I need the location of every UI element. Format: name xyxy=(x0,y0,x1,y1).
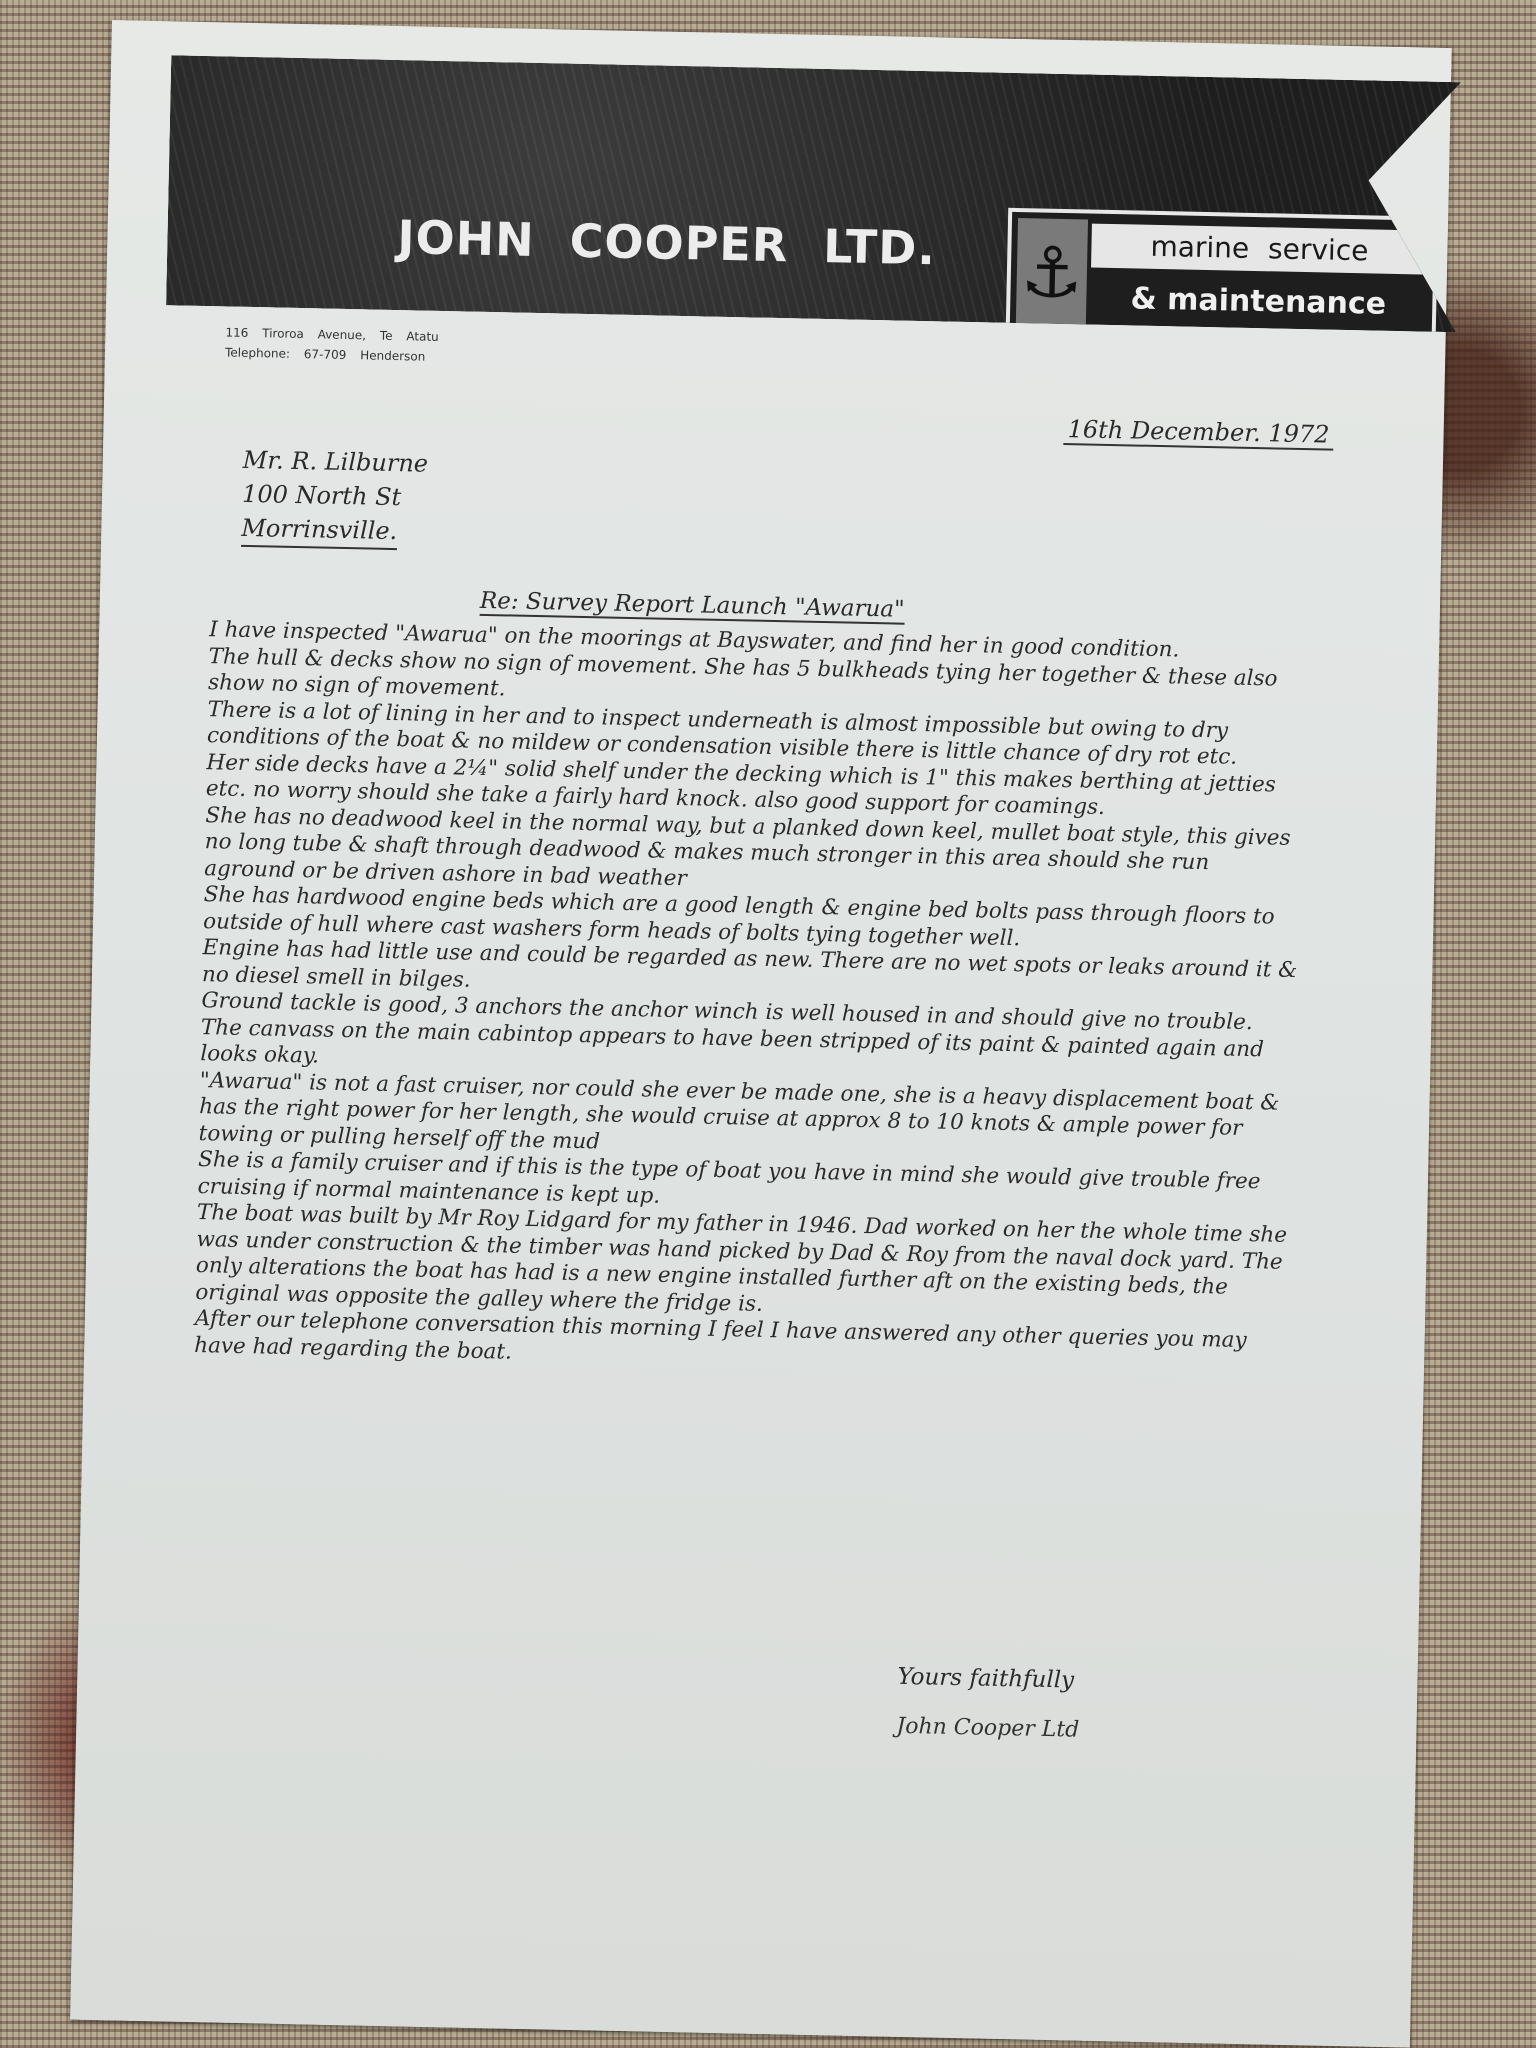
letter-page: JOHN COOPER LTD. ⚓ marine service & main… xyxy=(70,20,1452,2048)
letter-body: I have inspected "Awarua" on the mooring… xyxy=(194,617,1309,1382)
closing-block: Yours faithfully John Cooper Ltd xyxy=(896,1652,1081,1756)
company-address: 116 Tiroroa Avenue, Te Atatu Telephone: … xyxy=(225,322,439,366)
badge-line-2: & maintenance xyxy=(1090,274,1427,331)
anchor-icon: ⚓ xyxy=(1016,218,1088,327)
recipient-name: Mr. R. Lilburne xyxy=(242,443,428,481)
badge-line-1: marine service xyxy=(1091,224,1428,275)
subject-line: Re: Survey Report Launch "Awarua" xyxy=(480,588,905,625)
letterhead-banner: JOHN COOPER LTD. ⚓ marine service & main… xyxy=(166,55,1461,332)
recipient-town: Morrinsville. xyxy=(241,511,398,550)
company-name: JOHN COOPER LTD. xyxy=(397,210,937,275)
recipient-street: 100 North St xyxy=(242,477,428,515)
letter-date: 16th December. 1972 xyxy=(1063,415,1333,451)
service-badge: ⚓ marine service & maintenance xyxy=(1006,208,1439,347)
closing-salutation: Yours faithfully xyxy=(897,1652,1081,1706)
recipient-address: Mr. R. Lilburne 100 North St Morrinsvill… xyxy=(241,443,428,551)
signature: John Cooper Ltd xyxy=(896,1702,1080,1756)
address-line-2: Telephone: 67-709 Henderson xyxy=(225,342,439,366)
